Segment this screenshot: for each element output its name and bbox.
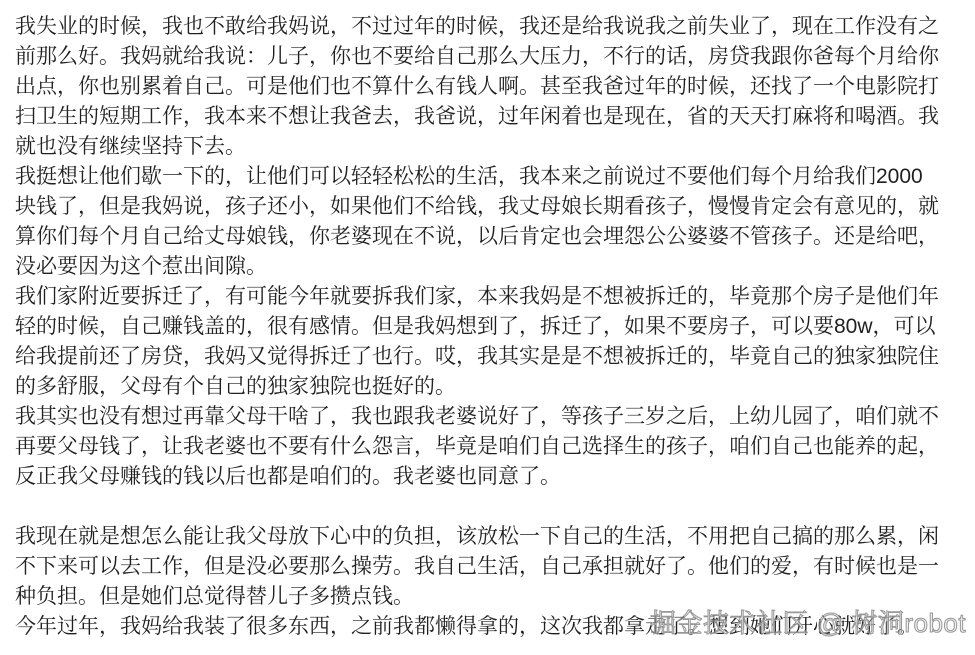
text-line: 今年过年，我妈给我装了很多东西，之前我都懒得拿的，这次我都拿走了。想到她们开心就… (15, 612, 960, 642)
page: { "colors": { "background": "#ffffff", "… (0, 0, 975, 655)
text-line: 扫卫生的短期工作，我本来不想让我爸去，我爸说，过年闲着也是现在，省的天天打麻将和… (15, 102, 960, 132)
text-line: 我现在就是想怎么能让我父母放下心中的负担，该放松一下自己的生活，不用把自己搞的那… (15, 522, 960, 552)
text-line: 不下来可以去工作，但是没必要那么操劳。我自己生活，自己承担就好了。他们的爱，有时… (15, 552, 960, 582)
paragraph: 我其实也没有想过再靠父母干啥了，我也跟我老婆说好了，等孩子三岁之后，上幼儿园了，… (15, 402, 960, 492)
paragraph: 我失业的时候，我也不敢给我妈说，不过过年的时候，我还是给我说我之前失业了，现在工… (15, 12, 960, 162)
paragraph: 我现在就是想怎么能让我父母放下心中的负担，该放松一下自己的生活，不用把自己搞的那… (15, 522, 960, 612)
text-line: 反正我父母赚钱的钱以后也都是咱们的。我老婆也同意了。 (15, 462, 960, 492)
text-line: 我们家附近要拆迁了，有可能今年就要拆我们家，本来我妈是不想被拆迁的，毕竟那个房子… (15, 282, 960, 312)
text-line: 出点，你也别累着自己。可是他们也不算什么有钱人啊。甚至我爸过年的时候，还找了一个… (15, 72, 960, 102)
text-line: 就也没有继续坚持下去。 (15, 132, 960, 162)
paragraph: 我挺想让他们歇一下的，让他们可以轻轻松松的生活，我本来之前说过不要他们每个月给我… (15, 162, 960, 282)
article-text: 我失业的时候，我也不敢给我妈说，不过过年的时候，我还是给我说我之前失业了，现在工… (0, 0, 975, 642)
text-line: 我失业的时候，我也不敢给我妈说，不过过年的时候，我还是给我说我之前失业了，现在工… (15, 12, 960, 42)
text-line: 种负担。但是她们总觉得替儿子多攒点钱。 (15, 582, 960, 612)
text-line: 的多舒服，父母有个自己的独家独院也挺好的。 (15, 372, 960, 402)
text-line: 给我提前还了房贷，我妈又觉得拆迁了也行。哎，我其实是是不想被拆迁的，毕竟自己的独… (15, 342, 960, 372)
text-line: 没必要因为这个惹出间隙。 (15, 252, 960, 282)
text-line: 前那么好。我妈就给我说：儿子，你也不要给自己那么大压力，不行的话，房贷我跟你爸每… (15, 42, 960, 72)
text-line: 我其实也没有想过再靠父母干啥了，我也跟我老婆说好了，等孩子三岁之后，上幼儿园了，… (15, 402, 960, 432)
text-line: 我挺想让他们歇一下的，让他们可以轻轻松松的生活，我本来之前说过不要他们每个月给我… (15, 162, 960, 192)
paragraph: 今年过年，我妈给我装了很多东西，之前我都懒得拿的，这次我都拿走了。想到她们开心就… (15, 612, 960, 642)
text-line: 轻的时候，自己赚钱盖的，很有感情。但是我妈想到了，拆迁了，如果不要房子，可以要8… (15, 312, 960, 342)
text-line: 算你们每个月自己给丈母娘钱，你老婆现在不说，以后肯定也会埋怨公公婆婆不管孩子。还… (15, 222, 960, 252)
paragraph: 我们家附近要拆迁了，有可能今年就要拆我们家，本来我妈是不想被拆迁的，毕竟那个房子… (15, 282, 960, 402)
text-line: 再要父母钱了，让我老婆也不要有什么怨言，毕竟是咱们自己选择生的孩子，咱们自己也能… (15, 432, 960, 462)
text-line: 块钱了，但是我妈说，孩子还小，如果他们不给钱，我丈母娘长期看孩子，慢慢肯定会有意… (15, 192, 960, 222)
